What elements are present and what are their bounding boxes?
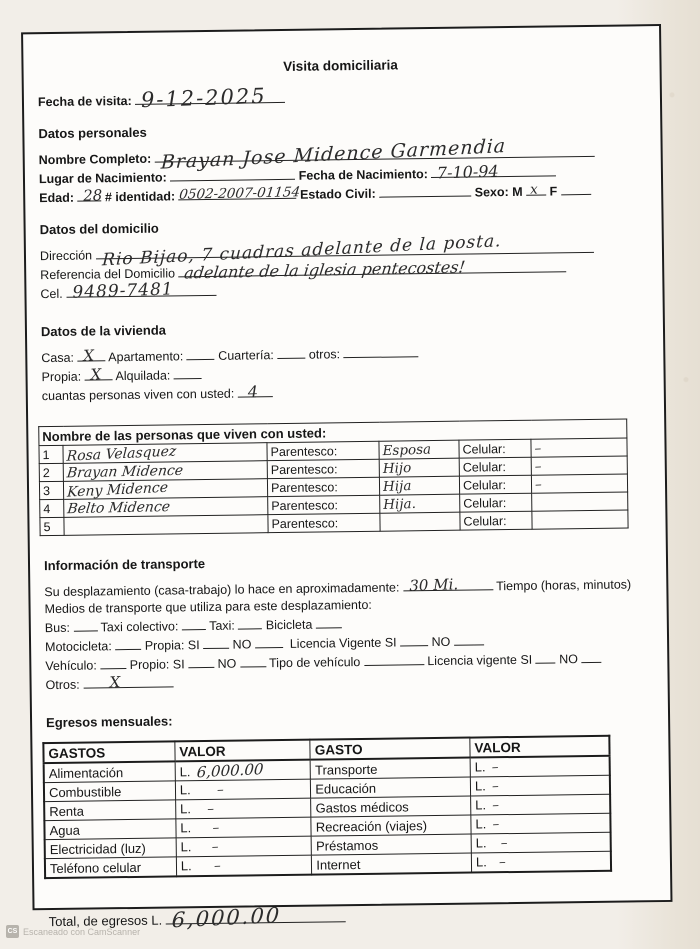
celular-field: 9489-7481 <box>66 283 216 298</box>
parentesco-label: Parentesco: <box>267 441 379 460</box>
gasto-label: Gastos médicos <box>311 796 471 817</box>
estado-civil-label: Estado Civil: <box>300 187 376 202</box>
currency-label: L. <box>181 839 192 854</box>
parentesco-label: Parentesco: <box>267 459 379 478</box>
vehiculo-si-field <box>188 655 214 668</box>
taxi-field <box>238 616 262 629</box>
row-num: 4 <box>40 499 64 517</box>
identidad-field: 0502-2007-01154 <box>178 186 296 201</box>
edad-value: 28 <box>83 188 103 204</box>
vehiculo-no2-label: NO <box>559 652 578 666</box>
valor-value: – <box>499 854 506 870</box>
desplazamiento-label: Su desplazamiento (casa-trabajo) lo hace… <box>44 580 399 599</box>
valor-value: – <box>211 839 218 855</box>
fecha-nacimiento-label: Fecha de Nacimiento: <box>299 167 428 183</box>
scanned-page: Visita domiciliaria Fecha de visita: 9-1… <box>0 0 700 949</box>
edad-field: 28 <box>77 188 101 201</box>
propia-mark: X <box>90 367 101 382</box>
casa-mark: X <box>83 348 94 363</box>
currency-label: L. <box>475 797 486 812</box>
form-border-frame: Visita domiciliaria Fecha de visita: 9-1… <box>21 24 672 910</box>
vehiculo-licencia-si-field <box>536 650 556 663</box>
valor-value: – <box>216 782 223 798</box>
edad-label: Edad: <box>39 191 74 205</box>
moto-licencia-no-field <box>454 632 484 645</box>
moto-si-field <box>203 636 229 649</box>
row-num: 1 <box>39 445 63 463</box>
currency-label: L. <box>475 816 486 831</box>
valor-value: – <box>207 801 214 817</box>
apartamento-field <box>187 347 215 360</box>
parentesco-label: Parentesco: <box>268 513 380 532</box>
datos-vivienda-heading: Datos de la vivienda <box>41 316 647 339</box>
lugar-nacimiento-label: Lugar de Nacimiento: <box>39 170 167 186</box>
personas-label: cuantas personas viven con usted: <box>42 387 235 404</box>
egresos-heading: Egresos mensuales: <box>46 707 652 730</box>
moto-no2-label: NO <box>431 635 450 649</box>
sexo-f-field <box>561 182 591 195</box>
desplazamiento-value: 30 Mi. <box>409 577 458 594</box>
tabla-personas: Nombre de las personas que viven con ust… <box>38 418 628 536</box>
alquilada-field <box>174 366 202 379</box>
referencia-field: adelante de la iglesia pentecostes! <box>178 259 566 277</box>
otros-transporte-mark: X <box>109 675 120 690</box>
otros-vivienda-field <box>343 344 418 358</box>
persona-nombre: Keny Midence <box>67 479 169 499</box>
parentesco-label: Parentesco: <box>268 495 380 514</box>
celular-col-label: Celular: <box>459 457 531 476</box>
currency-label: L. <box>180 764 191 779</box>
otros-transporte-field: X <box>83 674 173 688</box>
valor-value: – <box>492 816 499 832</box>
motocicleta-field <box>115 637 141 650</box>
moto-no-label: NO <box>233 637 252 651</box>
gasto-label: Combustible <box>44 781 176 802</box>
casa-field: X <box>77 348 105 361</box>
currency-label: L. <box>181 858 192 873</box>
persona-nombre: Brayan Midence <box>66 462 184 481</box>
personas-field: 4 <box>238 384 273 397</box>
fecha-visita-line: Fecha de visita: 9-12-2025 <box>38 85 644 110</box>
vehiculo-licencia-label: Licencia vigente SI <box>427 653 532 668</box>
bus-field <box>73 618 97 631</box>
currency-label: L. <box>476 835 487 850</box>
moto-propia-label: Propia: SI <box>145 638 200 653</box>
vehiculo-label: Vehículo: <box>45 658 97 673</box>
gasto-label: Renta <box>44 800 176 821</box>
row-num: 5 <box>40 517 64 535</box>
bus-label: Bus: <box>45 621 70 635</box>
tipo-vehiculo-label: Tipo de vehículo <box>269 655 360 670</box>
valor-value: – <box>500 835 507 851</box>
datos-domicilio-heading: Datos del domicilio <box>40 214 646 237</box>
row-num: 2 <box>39 463 63 481</box>
parentesco-label: Parentesco: <box>267 477 379 496</box>
sexo-m-mark: x <box>530 183 538 198</box>
gasto-label: Internet <box>312 853 472 875</box>
sexo-f-label: F <box>550 184 558 198</box>
celular-value: – <box>535 458 542 474</box>
taxi-label: Taxi: <box>209 619 235 633</box>
bicicleta-field <box>316 615 342 628</box>
vehiculo-field <box>100 656 126 669</box>
egresos-header: GASTO <box>310 738 470 760</box>
gasto-label: Transporte <box>310 758 470 780</box>
celular-col-label: Celular: <box>459 475 531 494</box>
apartamento-label: Apartamento: <box>108 349 183 364</box>
gasto-label: Recreación (viajes) <box>311 815 471 836</box>
vehiculo-no-field <box>240 654 266 667</box>
nombre-field: Brayan Jose Midence Garmendia <box>155 144 595 163</box>
camscanner-watermark: CS Escaneado con CamScanner <box>6 925 140 938</box>
fecha-nacimiento-value: 7-10-94 <box>437 163 499 180</box>
row-num: 3 <box>39 481 63 499</box>
identidad-value: 0502-2007-01154 <box>179 185 302 203</box>
egresos-header: GASTOS <box>43 741 175 763</box>
celular-value: – <box>535 476 542 492</box>
nombre-label: Nombre Completo: <box>39 152 152 167</box>
fecha-nacimiento-field: 7-10-94 <box>431 163 556 178</box>
fecha-visita-value: 9-12-2025 <box>141 89 267 108</box>
egresos-table: GASTOS VALOR GASTO VALOR Alimentación L.… <box>42 735 612 879</box>
datos-personales-heading: Datos personales <box>38 118 644 141</box>
sexo-m-label: M <box>512 185 523 199</box>
sexo-label: Sexo: <box>475 185 509 199</box>
form-title: Visita domiciliaria <box>37 54 643 77</box>
celular-col-label: Celular: <box>460 511 532 530</box>
casa-label: Casa: <box>41 351 74 365</box>
referencia-value: adelante de la iglesia pentecostes! <box>184 259 467 280</box>
otros-transporte-label: Otros: <box>46 678 80 692</box>
personas-value: 4 <box>247 384 258 399</box>
valor-value: 6,000.00 <box>196 760 264 781</box>
fecha-visita-label: Fecha de visita: <box>38 94 132 109</box>
moto-licencia-label: Licencia Vigente SI <box>290 636 397 651</box>
gasto-label: Préstamos <box>311 834 471 855</box>
identidad-label: # identidad: <box>105 189 175 204</box>
direccion-label: Dirección <box>40 248 92 263</box>
gasto-label: Teléfono celular <box>45 857 177 878</box>
celular-line: Cel. 9489-7481 <box>40 277 646 302</box>
persona-nombre: Rosa Velasquez <box>66 443 177 463</box>
currency-label: L. <box>180 782 191 797</box>
valor-value: – <box>213 858 220 874</box>
parentesco-value: Hijo <box>383 460 412 477</box>
sexo-m-field: x <box>526 183 546 196</box>
propia-field: X <box>85 367 113 380</box>
vehiculo-licencia-no-field <box>581 650 601 663</box>
bicicleta-label: Bicicleta <box>266 618 313 633</box>
egresos-header: VALOR <box>175 740 311 762</box>
gasto-label: Alimentación <box>44 761 176 782</box>
motocicleta-label: Motocicleta: <box>45 639 112 654</box>
parentesco-value: Esposa <box>382 441 431 459</box>
celular-value: 9489-7481 <box>72 282 174 300</box>
taxi-colectivo-field <box>182 617 206 630</box>
camscanner-icon: CS <box>6 925 19 938</box>
desplazamiento-field: 30 Mi. <box>403 577 493 591</box>
parentesco-value: Hija. <box>383 495 416 512</box>
vehiculo-propio-label: Propio: SI <box>130 657 185 672</box>
lugar-nacimiento-field <box>170 167 295 182</box>
direccion-field: Rio Bijao, 7 cuadras adelante de la post… <box>95 240 593 260</box>
gasto-label: Agua <box>44 819 176 840</box>
egresos-header: VALOR <box>470 736 610 758</box>
tipo-vehiculo-field <box>364 652 424 666</box>
vehiculo-no-label: NO <box>218 657 237 671</box>
moto-licencia-si-field <box>400 633 428 646</box>
alquilada-label: Alquilada: <box>115 368 170 383</box>
cuarteria-field <box>277 346 305 359</box>
gasto-label: Electricidad (luz) <box>45 838 177 859</box>
celular-col-label: Celular: <box>460 493 532 512</box>
currency-label: L. <box>180 801 191 816</box>
celular-value: – <box>534 440 541 456</box>
fecha-visita-field: 9-12-2025 <box>135 90 285 105</box>
desplazamiento-suffix: Tiempo (horas, minutos) <box>496 577 631 593</box>
otros-vivienda-label: otros: <box>309 347 340 361</box>
currency-label: L. <box>476 854 487 869</box>
valor-value: – <box>492 778 499 794</box>
transporte-heading: Información de transporte <box>44 550 650 573</box>
moto-no-field <box>255 635 283 648</box>
taxi-colectivo-label: Taxi colectivo: <box>101 619 179 634</box>
cuarteria-label: Cuartería: <box>218 348 274 363</box>
valor-value: – <box>491 759 498 775</box>
parentesco-value: Hija <box>383 478 412 495</box>
valor-value: – <box>492 797 499 813</box>
persona-nombre: Belto Midence <box>66 498 171 516</box>
propia-label: Propia: <box>41 370 81 385</box>
celular-col-label: Celular: <box>459 439 531 458</box>
camscanner-text: Escaneado con CamScanner <box>23 927 140 937</box>
currency-label: L. <box>180 820 191 835</box>
total-field: 6,000.00 <box>166 909 346 924</box>
currency-label: L. <box>475 778 486 793</box>
celular-label: Cel. <box>40 287 62 301</box>
total-value: 6,000.00 <box>171 908 281 928</box>
currency-label: L. <box>475 759 486 774</box>
estado-civil-field <box>379 183 471 197</box>
valor-value: – <box>212 820 219 836</box>
gasto-label: Educación <box>311 777 471 798</box>
